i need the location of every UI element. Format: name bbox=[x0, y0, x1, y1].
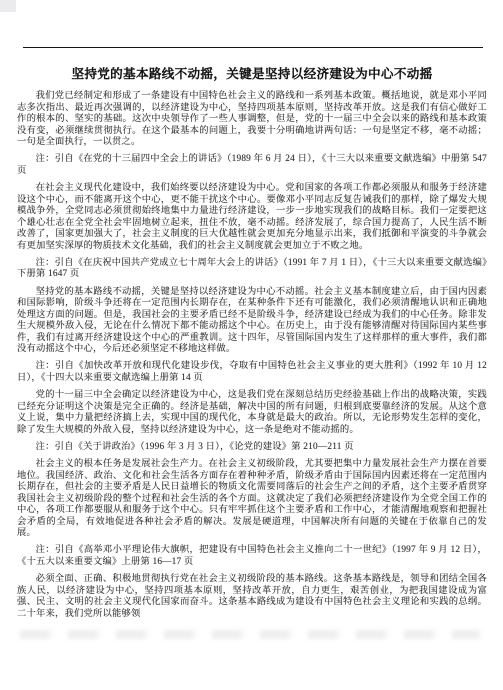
paragraph-2: 在社会主义现代化建设中，我们始终要以经济建设为中心。党和国家的各项工作都必须服从… bbox=[17, 183, 487, 252]
paragraph-3: 坚持党的基本路线不动摇，关键是坚持以经济建设为中心不动摇。社会主义基本制度建立后… bbox=[17, 287, 487, 356]
citation-note-1: 注：引自《在党的十三届四中全会上的讲话》（1989 年 6 月 24 日），《十… bbox=[17, 154, 487, 177]
paragraph-5: 社会主义的根本任务是发展社会生产力。在社会主义初级阶段，尤其要把集中力量发展社会… bbox=[17, 459, 487, 540]
header-rule bbox=[23, 47, 483, 48]
citation-note-2: 注：引自《在庆祝中国共产党成立七十周年大会上的讲话》（1991 年 7 月 1 … bbox=[17, 258, 487, 281]
page-title: 坚持党的基本路线不动摇，关键是坚持以经济建设为中心不动摇 bbox=[17, 63, 487, 82]
scan-corner-artifact bbox=[0, 0, 16, 12]
citation-note-3: 注：引自《加快改革开放和现代化建设步伐，夺取有中国特色社会主义事业的更大胜利》（… bbox=[17, 361, 487, 384]
page-bleed-through-artifact bbox=[20, 630, 480, 639]
citation-note-5: 注：引自《高举邓小平理论伟大旗帜，把建设有中国特色社会主义推向二十一世纪》（19… bbox=[17, 545, 487, 568]
document-page: 坚持党的基本路线不动摇，关键是坚持以经济建设为中心不动摇 我们党已经制定和形成了… bbox=[0, 0, 503, 690]
paragraph-4: 党的十一届三中全会确定以经济建设为中心，这是我们党在深刻总结历史经验基础上作出的… bbox=[17, 390, 487, 436]
paragraph-1: 我们党已经制定和形成了一条建设有中国特色社会主义的路线和一系列基本政策。概括地说… bbox=[17, 91, 487, 149]
document-content: 坚持党的基本路线不动摇，关键是坚持以经济建设为中心不动摇 我们党已经制定和形成了… bbox=[17, 0, 487, 626]
paragraph-6-truncated: 必须全面、正确、积极地贯彻执行党在社会主义初级阶段的基本路线。这条基本路线是，领… bbox=[17, 574, 487, 620]
citation-note-4: 注：引自《关于讲政治》（1996 年 3 月 3 日），《论党的建设》第 210… bbox=[17, 442, 487, 454]
